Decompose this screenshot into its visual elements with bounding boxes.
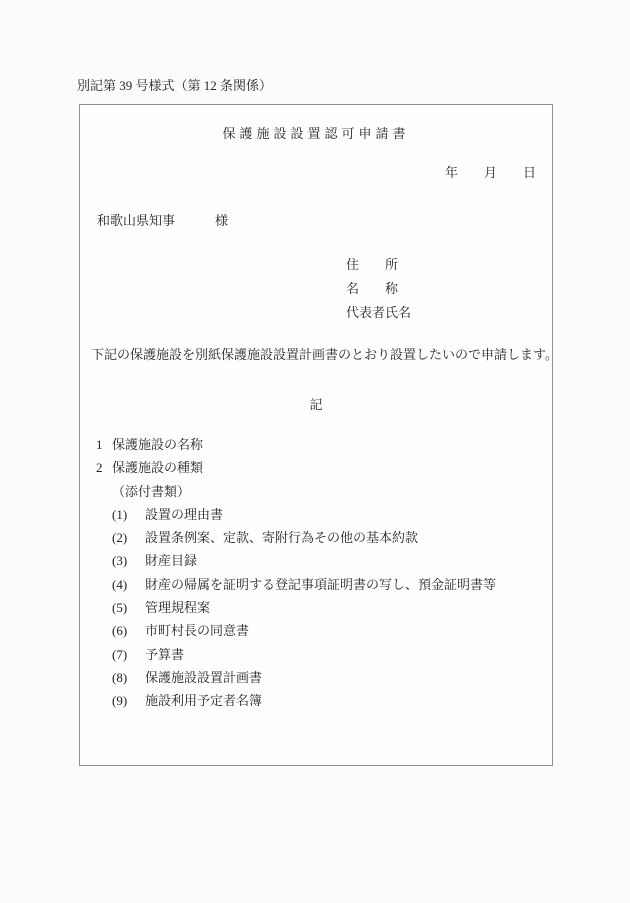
attachment-item: (4)財産の帰属を証明する登記事項証明書の写し、預金証明書等 bbox=[80, 573, 552, 596]
attachment-text: 財産目録 bbox=[145, 553, 197, 568]
application-body-text: 下記の保護施設を別紙保護施設設置計画書のとおり設置したいので申請します。 bbox=[91, 344, 558, 363]
document-page: 別記第 39 号様式（第 12 条関係） 保護施設設置認可申請書 年 月 日 和… bbox=[0, 0, 630, 903]
form-number-label: 別記第 39 号様式（第 12 条関係） bbox=[77, 75, 272, 94]
item-number: 2 bbox=[96, 456, 112, 479]
section-marker-ki: 記 bbox=[80, 394, 552, 413]
attachment-number: (5) bbox=[112, 596, 145, 619]
attachment-item: (6)市町村長の同意書 bbox=[80, 619, 552, 642]
attachment-number: (1) bbox=[112, 503, 145, 526]
attachment-number: (9) bbox=[112, 689, 145, 712]
attachment-item: (1)設置の理由書 bbox=[80, 503, 552, 526]
addressee-honorific: 様 bbox=[215, 210, 228, 229]
attachment-text: 財産の帰属を証明する登記事項証明書の写し、預金証明書等 bbox=[145, 577, 496, 592]
date-blank-line: 年 月 日 bbox=[445, 162, 536, 181]
attachment-text: 管理規程案 bbox=[145, 600, 210, 615]
item-number: 1 bbox=[96, 433, 112, 456]
attachment-text: 予算書 bbox=[145, 647, 184, 662]
list-item: 1保護施設の名称 bbox=[80, 433, 552, 456]
applicant-name-label: 名 称 bbox=[346, 277, 411, 301]
attachments-heading: （添付書類） bbox=[80, 480, 552, 503]
attachment-item: (5)管理規程案 bbox=[80, 596, 552, 619]
item-text: 保護施設の名称 bbox=[112, 437, 203, 452]
attachment-number: (4) bbox=[112, 573, 145, 596]
attachments-heading-label: （添付書類） bbox=[112, 480, 190, 503]
list-item: 2保護施設の種類 bbox=[80, 456, 552, 479]
attachment-text: 設置の理由書 bbox=[145, 507, 223, 522]
addressee-name: 和歌山県知事 bbox=[97, 213, 175, 228]
document-title: 保護施設設置認可申請書 bbox=[80, 123, 552, 142]
attachment-text: 設置条例案、定款、寄附行為その他の基本約款 bbox=[145, 530, 418, 545]
attachment-text: 施設利用予定者名簿 bbox=[145, 693, 262, 708]
applicant-representative-label: 代表者氏名 bbox=[346, 301, 411, 325]
attachment-item: (7)予算書 bbox=[80, 643, 552, 666]
attachment-text: 保護施設設置計画書 bbox=[145, 670, 262, 685]
attachment-number: (7) bbox=[112, 643, 145, 666]
attachment-number: (2) bbox=[112, 526, 145, 549]
attachment-item: (3)財産目録 bbox=[80, 549, 552, 572]
items-list: 1保護施設の名称 2保護施設の種類 （添付書類） (1)設置の理由書 (2)設置… bbox=[80, 433, 552, 713]
attachment-number: (6) bbox=[112, 619, 145, 642]
addressee-line: 和歌山県知事様 bbox=[97, 210, 228, 229]
attachment-item: (9)施設利用予定者名簿 bbox=[80, 689, 552, 712]
attachment-item: (2)設置条例案、定款、寄附行為その他の基本約款 bbox=[80, 526, 552, 549]
attachment-number: (8) bbox=[112, 666, 145, 689]
attachment-item: (8)保護施設設置計画書 bbox=[80, 666, 552, 689]
attachment-number: (3) bbox=[112, 549, 145, 572]
application-form-frame: 保護施設設置認可申請書 年 月 日 和歌山県知事様 住 所 名 称 代表者氏名 … bbox=[79, 104, 553, 766]
applicant-address-label: 住 所 bbox=[346, 253, 411, 277]
applicant-block: 住 所 名 称 代表者氏名 bbox=[346, 253, 411, 324]
item-text: 保護施設の種類 bbox=[112, 460, 203, 475]
attachment-text: 市町村長の同意書 bbox=[145, 623, 249, 638]
